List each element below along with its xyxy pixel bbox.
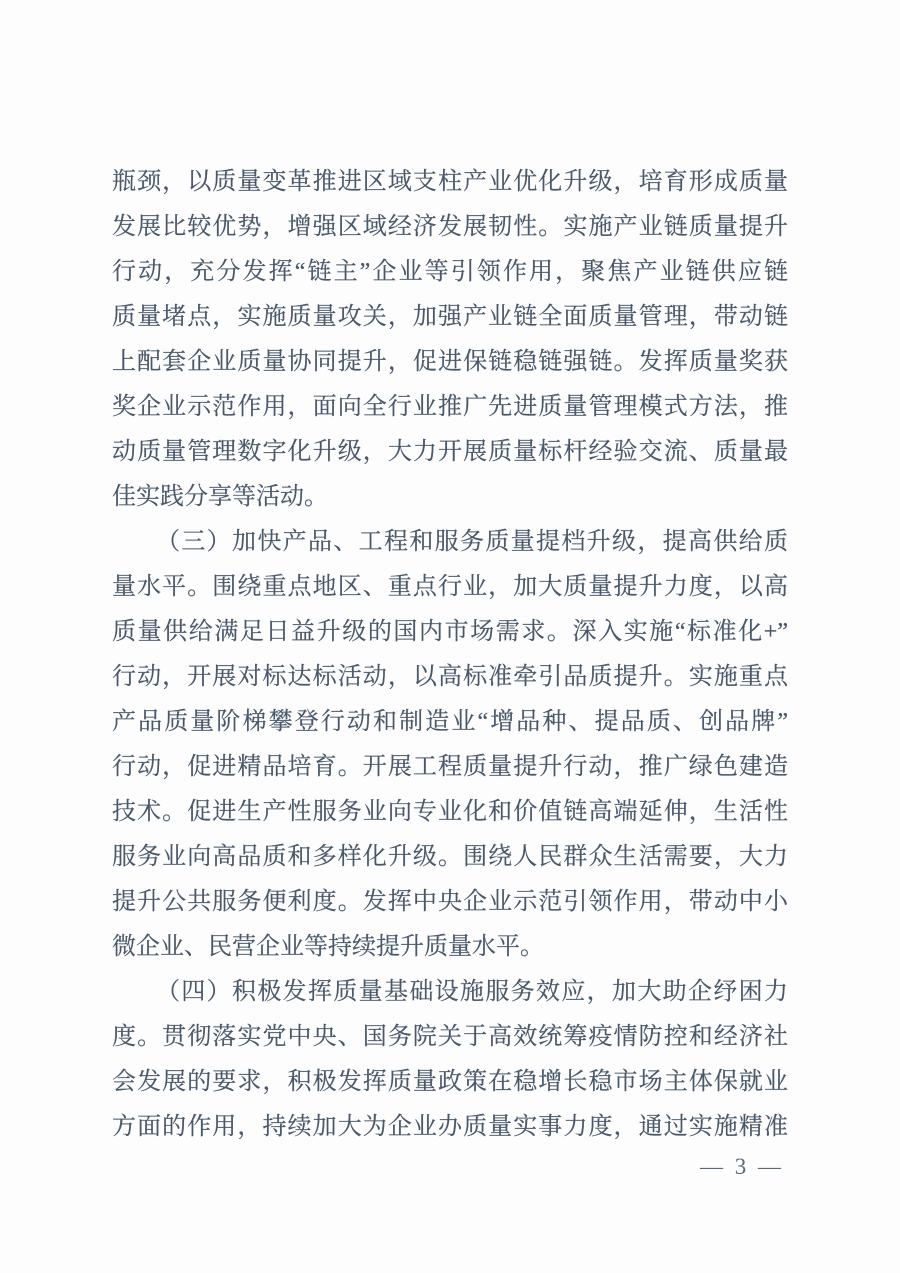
text-line: 行动，促进精品培育。开展工程质量提升行动，推广绿色建造 bbox=[112, 745, 788, 790]
text-line: 上配套企业质量协同提升，促进保链稳链强链。发挥质量奖获 bbox=[112, 340, 788, 385]
text-line: 会发展的要求，积极发挥质量政策在稳增长稳市场主体保就业 bbox=[112, 1060, 788, 1105]
text-line: 行动，开展对标达标活动，以高标准牵引品质提升。实施重点 bbox=[112, 655, 788, 700]
text-line: 技术。促进生产性服务业向专业化和价值链高端延伸，生活性 bbox=[112, 790, 788, 835]
document-page: 瓶颈，以质量变革推进区域支柱产业优化升级，培育形成质量发展比较优势，增强区域经济… bbox=[0, 0, 900, 1273]
document-body: 瓶颈，以质量变革推进区域支柱产业优化升级，培育形成质量发展比较优势，增强区域经济… bbox=[112, 160, 788, 1150]
text-line: 量水平。围绕重点地区、重点行业，加大质量提升力度，以高 bbox=[112, 565, 788, 610]
text-line: 发展比较优势，增强区域经济发展韧性。实施产业链质量提升 bbox=[112, 205, 788, 250]
text-line: （三）加快产品、工程和服务质量提档升级，提高供给质 bbox=[112, 520, 788, 565]
page-number: — 3 — bbox=[700, 1152, 784, 1182]
text-line: 质量供给满足日益升级的国内市场需求。深入实施“标准化+” bbox=[112, 610, 788, 655]
text-line: 产品质量阶梯攀登行动和制造业“增品种、提品质、创品牌” bbox=[112, 700, 788, 745]
text-line: 服务业向高品质和多样化升级。围绕人民群众生活需要，大力 bbox=[112, 835, 788, 880]
text-line: 行动，充分发挥“链主”企业等引领作用，聚焦产业链供应链 bbox=[112, 250, 788, 295]
text-line: 奖企业示范作用，面向全行业推广先进质量管理模式方法，推 bbox=[112, 385, 788, 430]
text-line: 度。贯彻落实党中央、国务院关于高效统筹疫情防控和经济社 bbox=[112, 1015, 788, 1060]
text-line: （四）积极发挥质量基础设施服务效应，加大助企纾困力 bbox=[112, 970, 788, 1015]
text-line: 方面的作用，持续加大为企业办质量实事力度，通过实施精准 bbox=[112, 1105, 788, 1150]
text-line: 质量堵点，实施质量攻关，加强产业链全面质量管理，带动链 bbox=[112, 295, 788, 340]
text-line: 佳实践分享等活动。 bbox=[112, 475, 788, 520]
text-line: 瓶颈，以质量变革推进区域支柱产业优化升级，培育形成质量 bbox=[112, 160, 788, 205]
text-line: 微企业、民营企业等持续提升质量水平。 bbox=[112, 925, 788, 970]
text-line: 动质量管理数字化升级，大力开展质量标杆经验交流、质量最 bbox=[112, 430, 788, 475]
text-line: 提升公共服务便利度。发挥中央企业示范引领作用，带动中小 bbox=[112, 880, 788, 925]
